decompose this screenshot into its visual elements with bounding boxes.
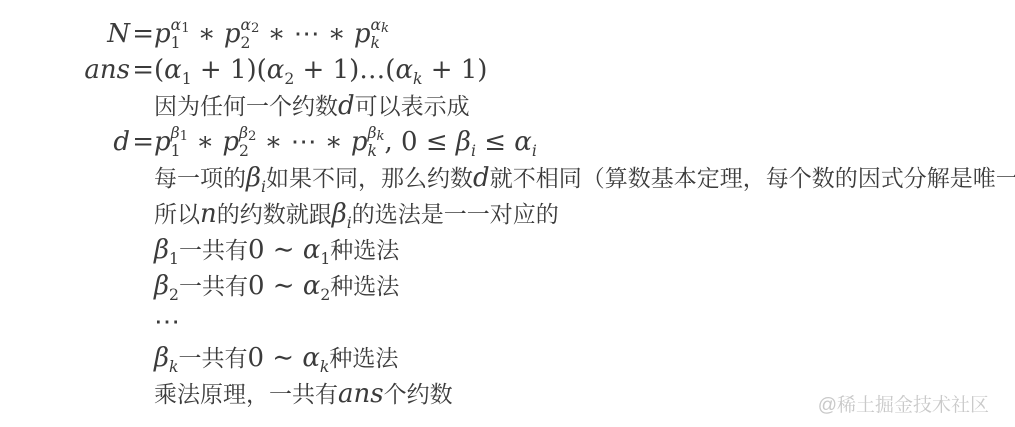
- equation-lhs: N: [68, 16, 130, 52]
- text-beta2-choices: β2一共有0 ∼ α2种选法: [68, 268, 1015, 304]
- math-segment: k: [367, 142, 376, 160]
- math-segment: β: [367, 124, 376, 142]
- equation-rhs: pβ11 ∗ pβ22 ∗ ⋯ ∗ pβkk, 0 ≤ βi ≤ αi: [154, 127, 537, 156]
- subscript-row: k: [371, 35, 390, 53]
- subscript: 1: [180, 128, 188, 143]
- eq-ans-divisor-count: ans=(α1 + 1)(α2 + 1)…(αk + 1): [68, 52, 1015, 88]
- math-segment: (: [154, 55, 164, 85]
- math-segment: β: [154, 343, 169, 373]
- math-segment: ⋯: [154, 307, 180, 337]
- math-sub-sup-group: pβkk: [351, 127, 385, 156]
- math-segment: 1: [180, 129, 188, 144]
- equation-rhs: pα11 ∗ pα22 ∗ ⋯ ∗ pαkk: [154, 19, 389, 48]
- text-segment: 可以表示成: [355, 93, 470, 119]
- math-segment: β: [456, 127, 471, 157]
- text-segment: 的约数就跟: [217, 201, 332, 227]
- math-segment: 1: [181, 21, 189, 36]
- text-segment: 所以: [154, 201, 200, 227]
- equation-rhs: 每一项的βi如果不同，那么约数d就不相同（算数基本定理，每个数的因式分解是唯一的…: [154, 163, 1015, 192]
- subscript: 1: [320, 251, 330, 268]
- superscript-row: β2: [239, 125, 256, 143]
- equation-rhs: β2一共有0 ∼ α2种选法: [154, 271, 399, 300]
- superscript-row: αk: [371, 17, 390, 35]
- script-stack: βkk: [367, 125, 384, 161]
- math-segment: ≤: [476, 127, 514, 157]
- eq-n-prime-factorization: N=pα11 ∗ pα22 ∗ ⋯ ∗ pαkk: [68, 16, 1015, 52]
- subscript: 1: [169, 251, 179, 268]
- math-segment: k: [320, 358, 329, 376]
- math-segment: α: [395, 55, 413, 85]
- math-segment: k: [381, 21, 389, 36]
- math-segment: p: [154, 127, 171, 157]
- text-segment: 个约数: [384, 381, 453, 407]
- math-segment: 0 ∼: [248, 235, 303, 265]
- equation-rhs: 乘法原理，一共有ans个约数: [154, 379, 453, 408]
- script-stack: β11: [171, 125, 188, 161]
- subscript: 2: [320, 287, 330, 304]
- subscript: 1: [181, 20, 189, 35]
- subscript-row: 1: [171, 35, 190, 53]
- math-segment: 0 ∼: [248, 271, 303, 301]
- subscript: k: [381, 20, 389, 35]
- math-segment: 2: [284, 70, 294, 88]
- math-segment: α: [171, 16, 182, 34]
- math-segment: k: [377, 129, 385, 144]
- math-segment: α: [164, 55, 182, 85]
- text-segment: 每一项的: [154, 165, 246, 191]
- subscript: k: [320, 359, 329, 376]
- subscript: 2: [284, 71, 294, 88]
- math-segment: ans: [84, 55, 130, 85]
- math-segment: + 1)(: [192, 55, 267, 85]
- subscript: 2: [169, 287, 179, 304]
- math-derivation: N=pα11 ∗ pα22 ∗ ⋯ ∗ pαkkans=(α1 + 1)(α2 …: [0, 0, 1015, 412]
- math-segment: k: [371, 34, 380, 52]
- equation-rhs: 因为任何一个约数d可以表示成: [154, 91, 470, 120]
- math-segment: α: [267, 55, 285, 85]
- math-segment: β: [154, 271, 169, 301]
- math-segment: d: [338, 91, 355, 121]
- math-segment: + 1): [422, 55, 487, 85]
- math-segment: α: [303, 235, 321, 265]
- math-segment: p: [354, 19, 371, 49]
- math-segment: 1: [182, 70, 192, 88]
- math-segment: p: [224, 19, 241, 49]
- superscript-row: α2: [240, 17, 259, 35]
- equals-sign: =: [130, 124, 154, 160]
- equation-rhs: βk一共有0 ∼ αk种选法: [154, 343, 398, 372]
- script-stack: β22: [239, 125, 256, 161]
- math-segment: ∗: [188, 127, 222, 157]
- math-segment: (: [385, 55, 395, 85]
- equation-rhs: 所以n的约数就跟βi的选法是一一对应的: [154, 199, 559, 228]
- equation-rhs: ⋯: [154, 307, 180, 336]
- text-segment: 一共有: [178, 345, 247, 371]
- math-segment: α: [371, 16, 382, 34]
- math-sub-sup-group: pαkk: [354, 19, 389, 48]
- math-segment: ∗: [190, 19, 224, 49]
- equation-rhs: β1一共有0 ∼ α1种选法: [154, 235, 399, 264]
- superscript-row: α1: [171, 17, 190, 35]
- math-segment: 2: [239, 142, 249, 160]
- equals-sign: =: [130, 52, 154, 88]
- math-segment: 2: [320, 286, 330, 304]
- math-segment: N: [107, 19, 130, 49]
- math-segment: ans: [338, 379, 384, 409]
- subscript-row: 1: [171, 143, 188, 161]
- math-sub-sup-group: pβ11: [154, 127, 188, 156]
- math-segment: ∗ ⋯ ∗: [259, 19, 353, 49]
- math-segment: , 0 ≤: [385, 127, 456, 157]
- text-segment: 如果不同，那么约数: [266, 165, 473, 191]
- text-segment: 因为任何一个约数: [154, 93, 338, 119]
- math-segment: n: [200, 199, 217, 229]
- article-math-screenshot: N=pα11 ∗ pα22 ∗ ⋯ ∗ pαkkans=(α1 + 1)(α2 …: [0, 0, 1015, 427]
- script-stack: αkk: [371, 17, 390, 53]
- math-segment: p: [222, 127, 239, 157]
- text-segment: 的选法是一一对应的: [352, 201, 559, 227]
- eq-divisor-d-form: d=pβ11 ∗ pβ22 ∗ ⋯ ∗ pβkk, 0 ≤ βi ≤ αi: [68, 124, 1015, 160]
- subscript: k: [377, 128, 385, 143]
- math-segment: 2: [169, 286, 179, 304]
- text-segment: 种选法: [330, 237, 399, 263]
- math-segment: 1: [320, 250, 330, 268]
- text-segment: 乘法原理，一共有: [154, 381, 338, 407]
- math-segment: α: [303, 271, 321, 301]
- math-segment: + 1): [294, 55, 359, 85]
- equals-sign: =: [130, 16, 154, 52]
- subscript: i: [532, 143, 537, 160]
- text-one-to-one-correspondence: 所以n的约数就跟βi的选法是一一对应的: [68, 196, 1015, 232]
- text-segment: 一共有: [179, 273, 248, 299]
- math-segment: 2: [240, 34, 250, 52]
- math-segment: β: [154, 235, 169, 265]
- math-sub-sup-group: pα11: [154, 19, 190, 48]
- text-any-divisor-representable: 因为任何一个约数d可以表示成: [68, 88, 1015, 124]
- equation-lhs: d: [68, 124, 130, 160]
- superscript-row: βk: [367, 125, 384, 143]
- text-segment: 一共有: [179, 237, 248, 263]
- text-ellipsis: ⋯: [68, 304, 1015, 340]
- math-segment: …: [359, 55, 385, 85]
- math-sub-sup-group: pβ22: [222, 127, 256, 156]
- equation-lhs: ans: [68, 52, 130, 88]
- math-segment: d: [473, 163, 490, 193]
- text-segment: 就不相同（算数基本定理，每个数的因式分解是唯一的）: [490, 165, 1015, 191]
- math-segment: p: [154, 19, 171, 49]
- math-segment: β: [246, 163, 261, 193]
- subscript: 1: [182, 71, 192, 88]
- subscript-row: 2: [240, 35, 259, 53]
- text-betak-choices: βk一共有0 ∼ αk种选法: [68, 340, 1015, 376]
- text-segment: 种选法: [329, 345, 398, 371]
- math-segment: β: [332, 199, 347, 229]
- text-segment: 种选法: [330, 273, 399, 299]
- juejin-watermark: @稀土掘金技术社区: [818, 390, 989, 417]
- superscript-row: β1: [171, 125, 188, 143]
- text-distinct-beta-distinct-divisor: 每一项的βi如果不同，那么约数d就不相同（算数基本定理，每个数的因式分解是唯一的…: [68, 160, 1015, 196]
- math-segment: 1: [171, 142, 181, 160]
- subscript-row: k: [367, 143, 384, 161]
- math-segment: α: [240, 16, 251, 34]
- math-segment: α: [302, 343, 320, 373]
- math-segment: d: [113, 127, 130, 157]
- script-stack: α22: [240, 17, 259, 53]
- math-segment: 1: [171, 34, 181, 52]
- subscript-row: 2: [239, 143, 256, 161]
- math-segment: i: [532, 142, 537, 160]
- math-segment: ∗ ⋯ ∗: [256, 127, 350, 157]
- math-sub-sup-group: pα22: [224, 19, 260, 48]
- text-beta1-choices: β1一共有0 ∼ α1种选法: [68, 232, 1015, 268]
- math-segment: 0 ∼: [247, 343, 302, 373]
- equation-rhs: (α1 + 1)(α2 + 1)…(αk + 1): [154, 55, 487, 84]
- math-segment: p: [351, 127, 368, 157]
- math-segment: β: [171, 124, 180, 142]
- math-segment: 1: [169, 250, 179, 268]
- math-segment: β: [239, 124, 248, 142]
- script-stack: α11: [171, 17, 190, 53]
- math-segment: α: [514, 127, 532, 157]
